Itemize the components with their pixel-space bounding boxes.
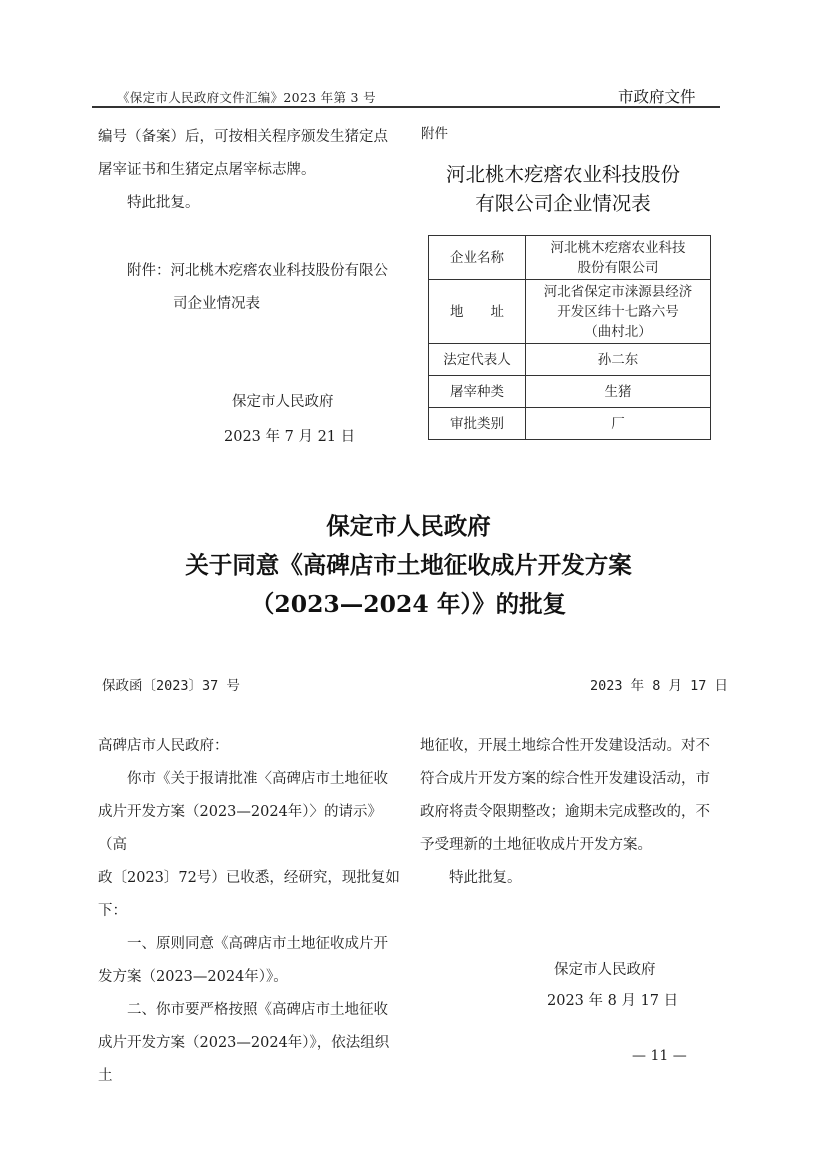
closing-line: 特此批复。: [98, 187, 398, 220]
paragraph-line: 政〔2023〕72号）已收悉，经研究，现批复如: [98, 862, 403, 895]
publication-header: 《保定市人民政府文件汇编》2023 年第 3 号: [117, 88, 376, 106]
paragraph-line: 二、你市要严格按照《高碑店市土地征收: [98, 994, 403, 1027]
table-row: 审批类别 厂: [429, 408, 711, 440]
table-row: 法定代表人 孙二东: [429, 344, 711, 376]
table-value: 孙二东: [526, 344, 711, 376]
table-key: 地 址: [429, 280, 526, 344]
attachment-title-line: 河北桃木疙瘩农业科技股份: [420, 160, 706, 189]
paragraph-line: 下：: [98, 895, 403, 928]
attachment-title-line: 有限公司企业情况表: [420, 189, 706, 218]
title-line: 保定市人民政府: [100, 507, 717, 546]
reply-body-left: 高碑店市人民政府： 你市《关于报请批准〈高碑店市土地征收 成片开发方案（2023…: [98, 730, 403, 1093]
document-date: 2023 年 8 月 17 日: [590, 674, 728, 694]
paragraph-line: 地征收，开展土地综合性开发建设活动。对不: [420, 730, 725, 763]
table-row: 企业名称 河北桃木疙瘩农业科技 股份有限公司: [429, 236, 711, 280]
table-key: 审批类别: [429, 408, 526, 440]
signature-date: 2023 年 7 月 21 日: [224, 425, 355, 446]
title-line: 关于同意《高碑店市土地征收成片开发方案: [100, 546, 717, 585]
value-line: 河北省保定市涞源县经济: [530, 282, 706, 302]
reply-body-right: 地征收，开展土地综合性开发建设活动。对不 符合成片开发方案的综合性开发建设活动，…: [420, 730, 725, 895]
table-value: 厂: [526, 408, 711, 440]
closing-line: 特此批复。: [420, 862, 725, 895]
previous-reply-text: 编号（备案）后，可按相关程序颁发生猪定点 屠宰证书和生猪定点屠宰标志牌。 特此批…: [98, 121, 398, 220]
paragraph-line: 予受理新的土地征收成片开发方案。: [420, 829, 725, 862]
table-key: 法定代表人: [429, 344, 526, 376]
signature-org: 保定市人民政府: [232, 390, 334, 411]
table-key: 屠宰种类: [429, 376, 526, 408]
enterprise-info-table: 企业名称 河北桃木疙瘩农业科技 股份有限公司 地 址 河北省保定市涞源县经济 开…: [428, 235, 711, 440]
value-line: 开发区纬十七路六号: [530, 302, 706, 322]
signature-org: 保定市人民政府: [554, 958, 656, 979]
table-row: 屠宰种类 生猪: [429, 376, 711, 408]
header-divider: [92, 106, 720, 108]
paragraph-line: 成片开发方案（2023—2024年）〉的请示》（高: [98, 796, 403, 862]
paragraph-line: 你市《关于报请批准〈高碑店市土地征收: [98, 763, 403, 796]
title-line: （2023—2024 年）》的批复: [100, 585, 717, 624]
attachment-title: 河北桃木疙瘩农业科技股份 有限公司企业情况表: [420, 160, 706, 218]
table-value: 河北桃木疙瘩农业科技 股份有限公司: [526, 236, 711, 280]
paragraph-line: 屠宰证书和生猪定点屠宰标志牌。: [98, 154, 398, 187]
value-line: 河北桃木疙瘩农业科技: [530, 238, 706, 258]
page-number: — 11 —: [632, 1048, 687, 1064]
table-key: 企业名称: [429, 236, 526, 280]
attachment-note-line: 附件：河北桃木疙瘩农业科技股份有限公: [127, 255, 407, 288]
paragraph-line: 政府将责令限期整改；逾期未完成整改的，不: [420, 796, 725, 829]
paragraph-line: 编号（备案）后，可按相关程序颁发生猪定点: [98, 121, 398, 154]
paragraph-line: 一、原则同意《高碑店市土地征收成片开: [98, 928, 403, 961]
paragraph-line: 符合成片开发方案的综合性开发建设活动，市: [420, 763, 725, 796]
signature-date: 2023 年 8 月 17 日: [547, 989, 678, 1010]
attachment-note: 附件：河北桃木疙瘩农业科技股份有限公 司企业情况表: [127, 255, 407, 321]
attachment-label: 附件: [421, 122, 448, 142]
paragraph-line: 成片开发方案（2023—2024年）》，依法组织土: [98, 1027, 403, 1093]
table-value: 河北省保定市涞源县经济 开发区纬十七路六号 （曲村北）: [526, 280, 711, 344]
value-line: （曲村北）: [530, 322, 706, 342]
document-number: 保政函〔2023〕37 号: [102, 674, 240, 694]
table-row: 地 址 河北省保定市涞源县经济 开发区纬十七路六号 （曲村北）: [429, 280, 711, 344]
table-value: 生猪: [526, 376, 711, 408]
attachment-note-line: 司企业情况表: [127, 288, 407, 321]
document-title: 保定市人民政府 关于同意《高碑店市土地征收成片开发方案 （2023—2024 年…: [100, 507, 717, 624]
section-label: 市政府文件: [618, 85, 696, 107]
value-line: 股份有限公司: [530, 258, 706, 278]
addressee: 高碑店市人民政府：: [98, 730, 403, 763]
paragraph-line: 发方案（2023—2024年）》。: [98, 961, 403, 994]
